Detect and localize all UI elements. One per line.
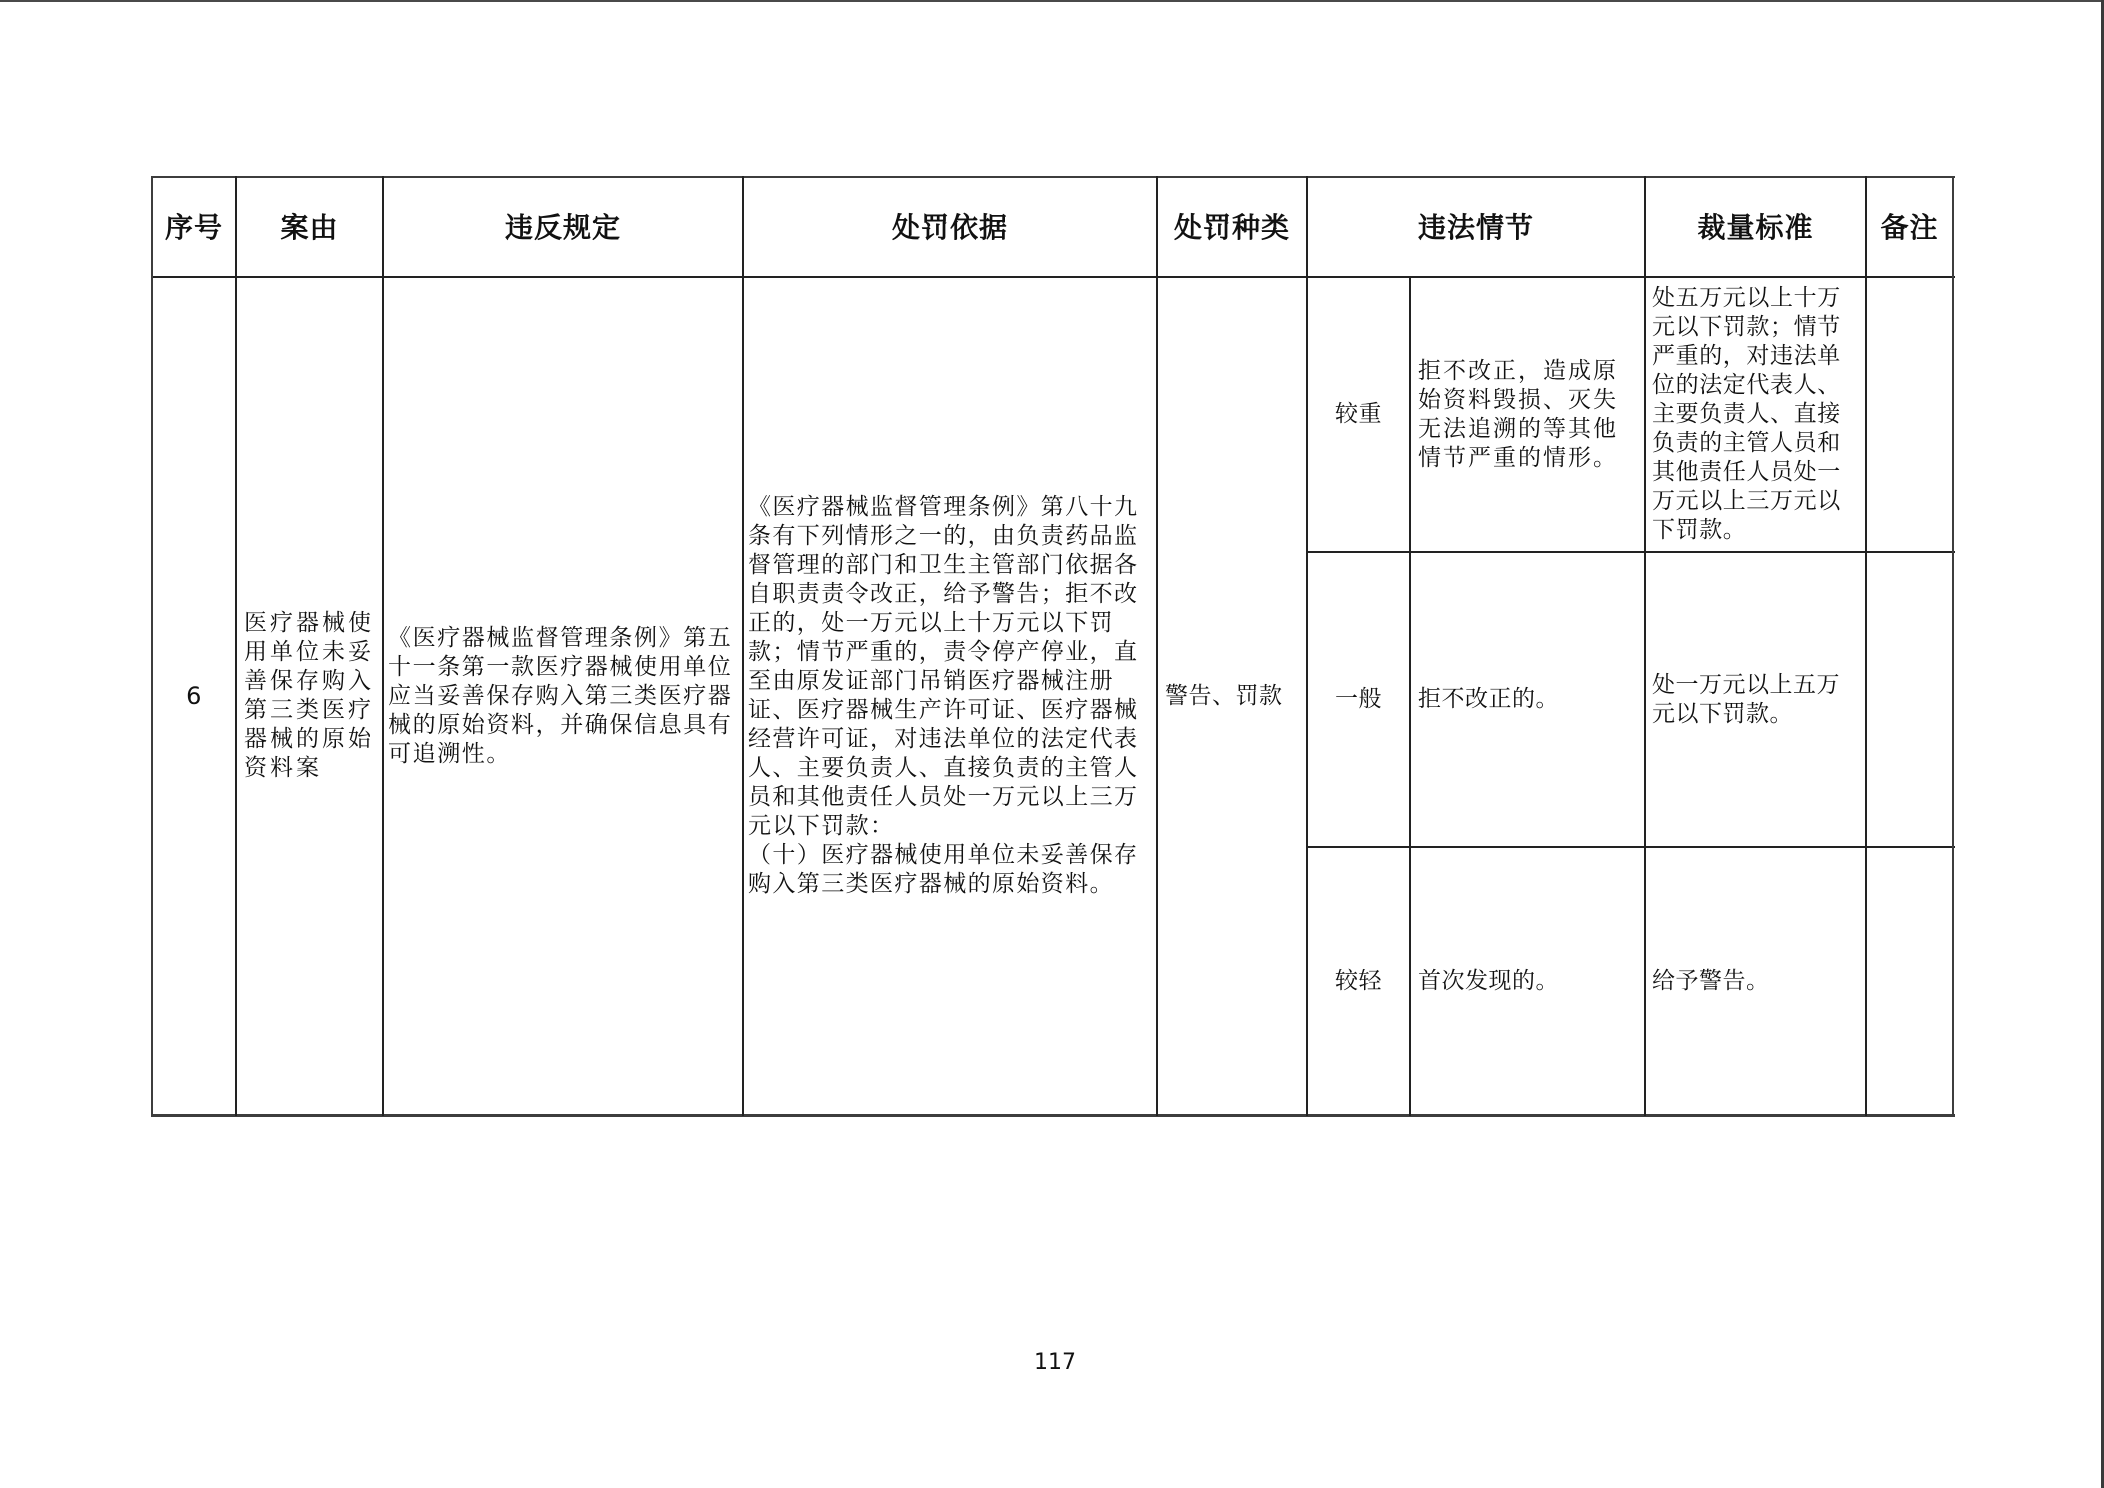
header-violation-circumstances: 违法情节 — [1307, 177, 1645, 277]
level-general-circumstance: 拒不改正的。 — [1410, 552, 1645, 847]
page-top-edge — [0, 0, 2104, 2]
page-number: 117 — [1000, 1350, 1110, 1375]
col-divider-6 — [1409, 276, 1411, 1116]
header-remarks: 备注 — [1866, 177, 1953, 277]
header-discretion-standard: 裁量标准 — [1645, 177, 1866, 277]
col-divider-5 — [1306, 176, 1308, 1116]
level-general-label: 一般 — [1307, 552, 1410, 847]
level-divider-1 — [1306, 551, 1955, 553]
level-minor-label: 较轻 — [1307, 847, 1410, 1115]
level-severe-circumstance: 拒不改正，造成原始资料毁损、灭失无法追溯的等其他情节严重的情形。 — [1410, 277, 1645, 552]
level-severe-remark — [1866, 277, 1953, 552]
header-bottom-border — [151, 276, 1955, 278]
header-penalty-type: 处罚种类 — [1157, 177, 1307, 277]
table-bottom-border — [151, 1114, 1955, 1117]
level-severe-label: 较重 — [1307, 277, 1410, 552]
level-minor-remark — [1866, 847, 1953, 1115]
table-right-border — [1952, 176, 1954, 1117]
header-seq: 序号 — [152, 177, 236, 277]
row-violated-provision: 《医疗器械监督管理条例》第五十一条第一款医疗器械使用单位应当妥善保存购入第三类医… — [383, 277, 743, 1115]
col-divider-3 — [742, 176, 744, 1116]
row-seq: 6 — [152, 277, 236, 1115]
col-divider-2 — [382, 176, 384, 1116]
col-divider-7 — [1644, 176, 1646, 1116]
row-penalty-basis: 《医疗器械监督管理条例》第八十九条有下列情形之一的，由负责药品监督管理的部门和卫… — [743, 277, 1157, 1115]
level-severe-standard: 处五万元以上十万元以下罚款；情节严重的，对违法单位的法定代表人、主要负责人、直接… — [1645, 277, 1866, 552]
header-penalty-basis: 处罚依据 — [743, 177, 1157, 277]
col-divider-8 — [1865, 176, 1867, 1116]
col-divider-1 — [235, 176, 237, 1116]
level-general-remark — [1866, 552, 1953, 847]
level-divider-2 — [1306, 846, 1955, 848]
header-case: 案由 — [236, 177, 383, 277]
table-left-border — [151, 176, 153, 1117]
header-violated-provision: 违反规定 — [383, 177, 743, 277]
col-divider-4 — [1156, 176, 1158, 1116]
table-top-border — [151, 176, 1955, 178]
row-case: 医疗器械使用单位未妥善保存购入第三类医疗器械的原始资料案 — [236, 277, 383, 1115]
level-minor-standard: 给予警告。 — [1645, 847, 1866, 1115]
level-minor-circumstance: 首次发现的。 — [1410, 847, 1645, 1115]
row-penalty-type: 警告、罚款 — [1157, 277, 1307, 1115]
level-general-standard: 处一万元以上五万元以下罚款。 — [1645, 552, 1866, 847]
